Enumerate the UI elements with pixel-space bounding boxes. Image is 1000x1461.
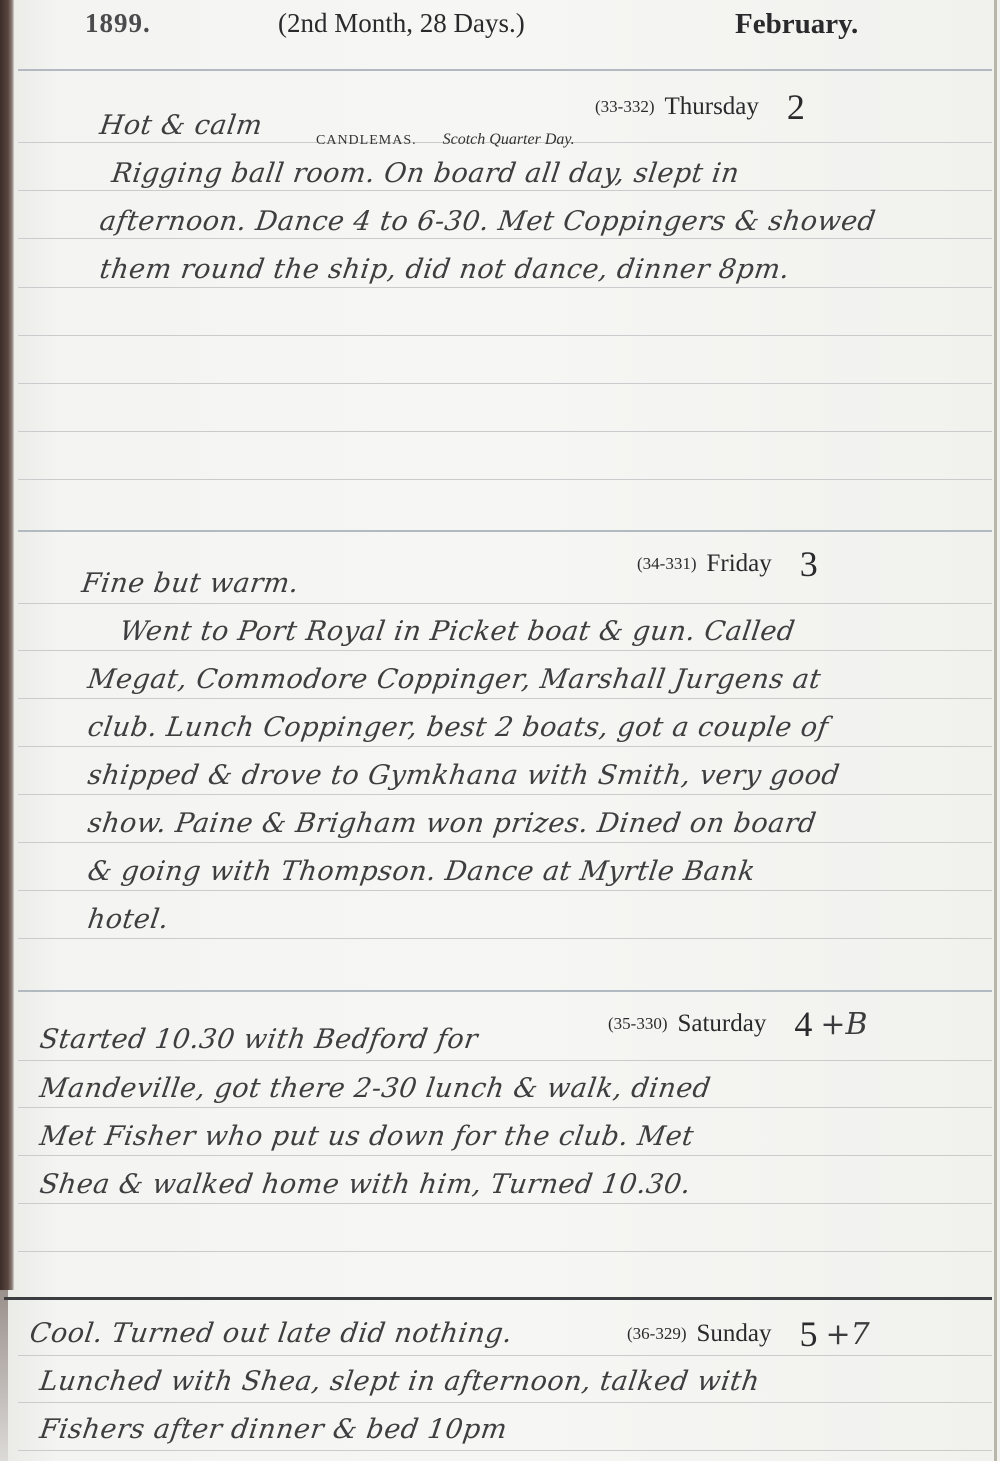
- date-annotation: +B: [820, 1007, 867, 1042]
- handwritten-line: Lunched with Shea, slept in afternoon, t…: [38, 1366, 762, 1397]
- handwritten-line: show. Paine & Brigham won prizes. Dined …: [86, 808, 818, 839]
- weekday: Sunday: [696, 1320, 771, 1347]
- month-name: February.: [735, 8, 858, 41]
- date-annotation: +7: [825, 1317, 869, 1352]
- ruled-line: [18, 842, 992, 843]
- ruled-line: [18, 190, 992, 191]
- handwritten-line: Cool. Turned out late did nothing.: [28, 1318, 515, 1349]
- handwritten-line: Fishers after dinner & bed 10pm: [38, 1414, 509, 1445]
- ruled-line: [18, 1060, 992, 1061]
- page-edge: [994, 0, 997, 1461]
- ruled-line: [18, 650, 992, 651]
- day-divider: [18, 990, 992, 992]
- printed-notes: Candlemas. Scotch Quarter Day.: [316, 131, 575, 149]
- handwritten-line: Fine but warm.: [80, 568, 301, 599]
- date-number: 5: [799, 1314, 817, 1354]
- feast-day: Candlemas.: [316, 133, 417, 148]
- handwritten-line: Mandeville, got there 2-30 lunch & walk,…: [38, 1073, 713, 1104]
- day-divider: [4, 1297, 992, 1300]
- header-divider: [18, 69, 992, 71]
- ruled-line: [18, 431, 992, 432]
- weekday: Friday: [706, 550, 771, 577]
- handwritten-line: them round the ship, did not dance, dinn…: [98, 254, 792, 285]
- note: Scotch Quarter Day.: [443, 131, 575, 148]
- ruled-line: [18, 698, 992, 699]
- diary-page: 1899. (2nd Month, 28 Days.) February. (3…: [0, 0, 1000, 1461]
- ruled-line: [18, 1355, 992, 1356]
- day-ref: (33-332): [595, 97, 654, 116]
- ruled-line: [18, 1450, 992, 1451]
- handwritten-line: hotel.: [86, 904, 171, 935]
- book-binding-shadow: [0, 1290, 8, 1461]
- handwritten-line: club. Lunch Coppinger, best 2 boats, got…: [86, 712, 831, 743]
- weekday: Saturday: [677, 1010, 766, 1037]
- handwritten-line: afternoon. Dance 4 to 6-30. Met Coppinge…: [98, 206, 878, 237]
- handwritten-line: Went to Port Royal in Picket boat & gun.…: [118, 616, 797, 647]
- ruled-line: [18, 238, 992, 239]
- handwritten-line: & going with Thompson. Dance at Myrtle B…: [86, 856, 758, 887]
- handwritten-line: Rigging ball room. On board all day, sle…: [110, 158, 742, 189]
- day-heading: (36-329) Sunday 5 +7: [627, 1313, 870, 1355]
- ruled-line: [18, 479, 992, 480]
- handwritten-line: Met Fisher who put us down for the club.…: [38, 1121, 696, 1152]
- date-number: 2: [787, 87, 805, 127]
- ruled-line: [18, 1107, 992, 1108]
- ruled-line: [18, 335, 992, 336]
- ruled-line: [18, 890, 992, 891]
- book-binding: [0, 0, 14, 1290]
- ruled-line: [18, 746, 992, 747]
- ruled-line: [18, 938, 992, 939]
- ruled-line: [18, 1203, 992, 1204]
- day-ref: (34-331): [637, 554, 696, 573]
- year-label: 1899.: [85, 8, 151, 39]
- date-number: 3: [800, 544, 818, 584]
- ruled-line: [18, 287, 992, 288]
- ruled-line: [18, 603, 992, 604]
- ruled-line: [18, 1251, 992, 1252]
- day-heading: (34-331) Friday 3: [637, 543, 818, 585]
- handwritten-line: Shea & walked home with him, Turned 10.3…: [38, 1169, 693, 1200]
- day-heading: (35-330) Saturday 4 +B: [608, 1003, 868, 1045]
- weekday: Thursday: [664, 93, 758, 120]
- ruled-line: [18, 383, 992, 384]
- month-info: (2nd Month, 28 Days.): [278, 8, 525, 39]
- handwritten-line: Megat, Commodore Coppinger, Marshall Jur…: [86, 664, 823, 695]
- day-heading: (33-332) Thursday 2: [595, 86, 805, 128]
- ruled-line: [18, 1402, 992, 1403]
- day-ref: (36-329): [627, 1324, 686, 1343]
- day-ref: (35-330): [608, 1014, 667, 1033]
- handwritten-line: Hot & calm: [98, 110, 265, 141]
- ruled-line: [18, 794, 992, 795]
- day-divider: [18, 530, 992, 532]
- handwritten-line: shipped & drove to Gymkhana with Smith, …: [86, 760, 842, 791]
- date-number: 4: [794, 1004, 812, 1044]
- ruled-line: [18, 1155, 992, 1156]
- handwritten-line: Started 10.30 with Bedford for: [38, 1024, 480, 1055]
